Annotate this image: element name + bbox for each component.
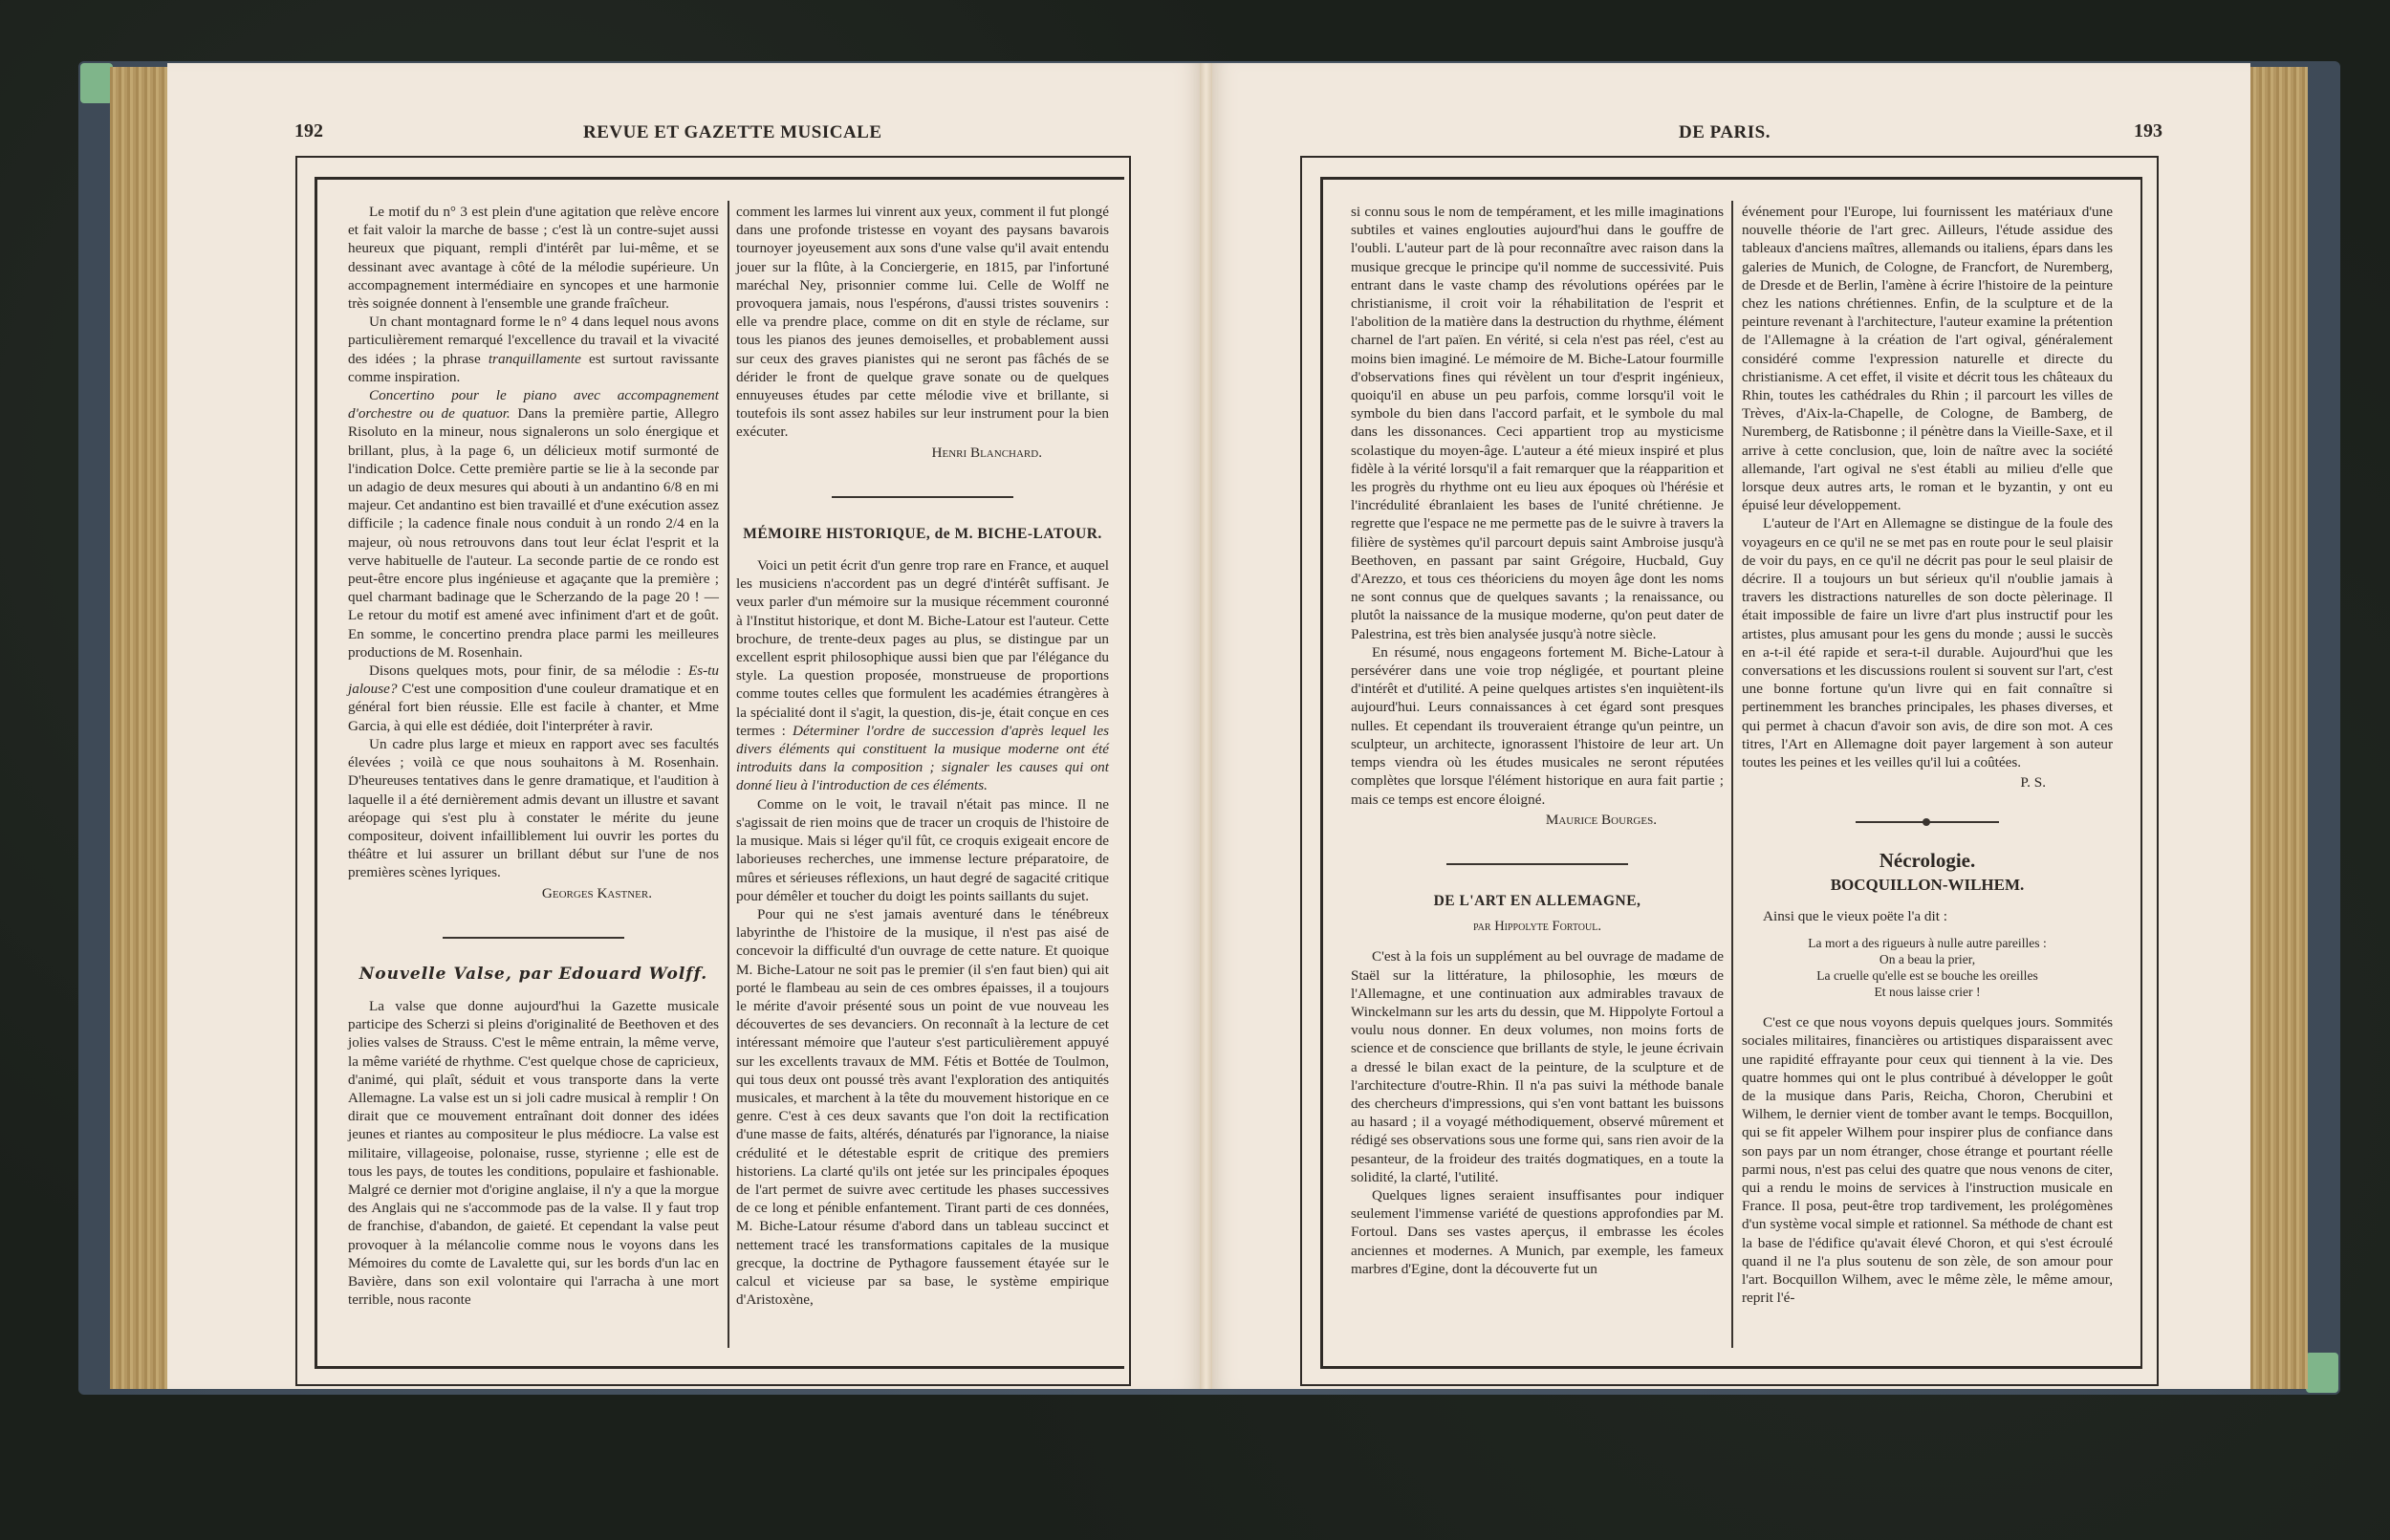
- verse-line: La mort a des rigueurs à nulle autre par…: [1742, 935, 2113, 951]
- left-column-rule: [728, 201, 729, 1348]
- section-separator: [443, 937, 624, 939]
- text-run: Disons quelques mots, pour finir, de sa …: [369, 662, 688, 679]
- paragraph: Voici un petit écrit d'un genre trop rar…: [736, 556, 1109, 795]
- right-page-number: 193: [2134, 120, 2162, 142]
- text-run: Voici un petit écrit d'un genre trop rar…: [736, 557, 1109, 739]
- paragraph: Un cadre plus large et mieux en rapport …: [348, 735, 719, 882]
- verse-quotation: La mort a des rigueurs à nulle autre par…: [1742, 935, 2113, 1000]
- paragraph: Comme on le voit, le travail n'était pas…: [736, 795, 1109, 905]
- section-separator: [1446, 863, 1628, 865]
- paragraph: C'est à la fois un supplément au bel ouv…: [1351, 947, 1724, 1186]
- signature-blanchard: Henri Blanchard.: [736, 444, 1109, 462]
- page-block-edge-right: [2250, 67, 2308, 1389]
- paragraph: C'est ce que nous voyons depuis quelques…: [1742, 1013, 2113, 1307]
- section-title-memoire-historique: MÉMOIRE HISTORIQUE, de M. BICHE-LATOUR.: [736, 525, 1109, 543]
- paragraph: La valse que donne aujourd'hui la Gazett…: [348, 997, 719, 1309]
- verse-line: On a beau la prier,: [1742, 951, 2113, 967]
- italic-text: tranquillamente: [489, 351, 581, 367]
- paragraph: Un chant montagnard forme le n° 4 dans l…: [348, 313, 719, 386]
- text-run: C'est une composition d'une couleur dram…: [348, 681, 719, 733]
- obituary-name: BOCQUILLON-WILHEM.: [1742, 876, 2113, 894]
- right-running-head: DE PARIS.: [1679, 122, 1771, 143]
- section-title-art-en-allemagne: DE L'ART EN ALLEMAGNE,: [1351, 892, 1724, 910]
- text-run: Dans la première partie, Allegro Risolut…: [348, 405, 719, 661]
- right-column-rule: [1731, 201, 1733, 1348]
- paragraph: Ainsi que le vieux poëte l'a dit :: [1742, 907, 2113, 925]
- left-page-column-2: comment les larmes lui vinrent aux yeux,…: [736, 203, 1109, 1309]
- verse-line: Et nous laisse crier !: [1742, 984, 2113, 1000]
- paragraph: En résumé, nous engageons fortement M. B…: [1351, 643, 1724, 809]
- paragraph: Disons quelques mots, pour finir, de sa …: [348, 662, 719, 735]
- left-page-number: 192: [294, 120, 323, 142]
- signature-kastner: Georges Kastner.: [348, 884, 719, 902]
- section-byline-fortoul: par Hippolyte Fortoul.: [1351, 918, 1724, 936]
- section-title-nouvelle-valse: Nouvelle Valse, par Edouard Wolff.: [348, 965, 719, 984]
- paragraph: Pour qui ne s'est jamais aventuré dans l…: [736, 905, 1109, 1309]
- signature-bourges: Maurice Bourges.: [1351, 811, 1724, 829]
- right-page-column-1: si connu sous le nom de tempérament, et …: [1351, 203, 1724, 1278]
- verse-line: La cruelle qu'elle est se bouche les ore…: [1742, 967, 2113, 984]
- signature-ps: P. S.: [1742, 773, 2113, 792]
- cover-corner-top-left: [80, 63, 113, 103]
- ornamental-separator: [1856, 821, 1999, 823]
- paragraph: Quelques lignes seraient insuffisantes p…: [1351, 1186, 1724, 1278]
- paragraph: comment les larmes lui vinrent aux yeux,…: [736, 203, 1109, 442]
- left-running-head: REVUE ET GAZETTE MUSICALE: [583, 122, 882, 143]
- section-title-necrologie: Nécrologie.: [1742, 852, 2113, 870]
- section-separator: [832, 496, 1013, 498]
- cover-corner-bottom-right: [2306, 1353, 2338, 1393]
- page-block-edge-left: [110, 67, 167, 1389]
- paragraph: Le motif du n° 3 est plein d'une agitati…: [348, 203, 719, 313]
- paragraph: événement pour l'Europe, lui fournissent…: [1742, 203, 2113, 514]
- paragraph: L'auteur de l'Art en Allemagne se distin…: [1742, 514, 2113, 771]
- paragraph: si connu sous le nom de tempérament, et …: [1351, 203, 1724, 643]
- left-page-column-1: Le motif du n° 3 est plein d'une agitati…: [348, 203, 719, 1309]
- paragraph: Concertino pour le piano avec accompagne…: [348, 386, 719, 662]
- italic-quote: Déterminer l'ordre de succession d'après…: [736, 723, 1109, 794]
- right-page-column-2: événement pour l'Europe, lui fournissent…: [1742, 203, 2113, 1307]
- book-gutter: [1200, 63, 1212, 1389]
